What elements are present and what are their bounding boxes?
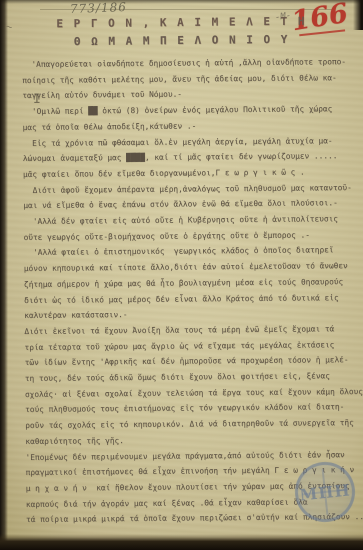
typewritten-body-text: 'Απαγορεύεται οἱανδήποτε δημοσίευσις ἡ α… xyxy=(22,54,360,528)
stamp-monogram-text: ΜΠΗ xyxy=(299,480,352,504)
scanned-document-page: ~ Ι 773/186 -Μ- 166 Ε Ρ Γ Ο Ν , Κ Α Ι Μ … xyxy=(0,0,363,550)
scan-edge-left xyxy=(0,0,8,550)
scan-edge-top xyxy=(0,0,363,4)
scan-edge-top-right xyxy=(353,0,363,30)
document-title: Ε Ρ Γ Ο Ν , Κ Α Ι Μ Ε Λ Ε Τ Η Θ Ω Μ Α Μ … xyxy=(0,14,363,49)
title-line-1: Ε Ρ Γ Ο Ν , Κ Α Ι Μ Ε Λ Ε Τ Η xyxy=(0,14,363,31)
scan-edge-bottom xyxy=(0,534,363,550)
